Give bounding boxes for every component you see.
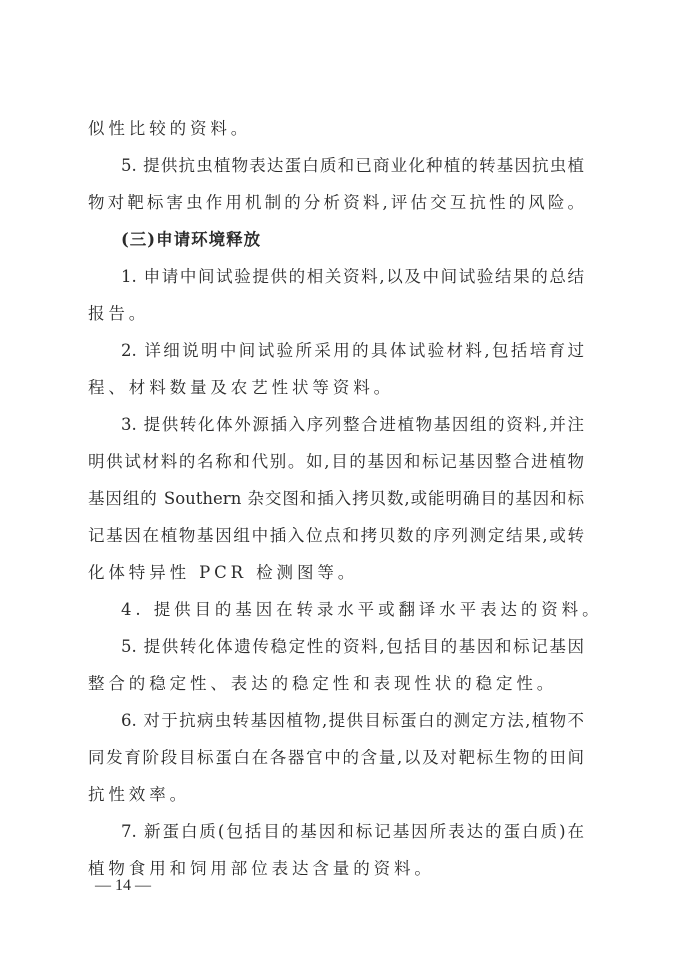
list-item-3-line-4: 记基因在植物基因组中插入位点和拷贝数的序列测定结果,或转 bbox=[88, 521, 584, 551]
list-item-1-line-1: 1. 申请中间试验提供的相关资料,以及中间试验结果的总结 bbox=[121, 262, 584, 292]
paragraph-line: 似性比较的资料。 bbox=[88, 114, 584, 144]
list-item-5b-line-1: 5. 提供转化体遗传稳定性的资料,包括目的基因和标记基因 bbox=[121, 632, 584, 662]
list-item-3-line-5: 化体特异性 PCR 检测图等。 bbox=[88, 558, 584, 588]
list-item-6-line-1: 6. 对于抗病虫转基因植物,提供目标蛋白的测定方法,植物不 bbox=[121, 706, 584, 736]
page-number: — 14 — bbox=[95, 874, 151, 898]
list-item-2-line-1: 2. 详细说明中间试验所采用的具体试验材料,包括培育过 bbox=[121, 336, 584, 366]
list-item-3-line-1: 3. 提供转化体外源插入序列整合进植物基因组的资料,并注 bbox=[121, 410, 584, 440]
list-item-7-line-1: 7. 新蛋白质(包括目的基因和标记基因所表达的蛋白质)在 bbox=[121, 817, 584, 847]
list-item-3-line-2: 明供试材料的名称和代别。如,目的基因和标记基因整合进植物 bbox=[88, 447, 584, 477]
section-heading: (三)申请环境释放 bbox=[121, 225, 584, 255]
list-item-4-line-1: 4. 提供目的基因在转录水平或翻译水平表达的资料。 bbox=[121, 595, 584, 625]
list-item-5-line-1: 5. 提供抗虫植物表达蛋白质和已商业化种植的转基因抗虫植 bbox=[121, 151, 584, 181]
list-item-2-line-2: 程、材料数量及农艺性状等资料。 bbox=[88, 373, 584, 403]
list-item-5b-line-2: 整合的稳定性、表达的稳定性和表现性状的稳定性。 bbox=[88, 669, 584, 699]
list-item-3-line-3: 基因组的 Southern 杂交图和插入拷贝数,或能明确目的基因和标 bbox=[88, 484, 584, 514]
list-item-6-line-3: 抗性效率。 bbox=[88, 780, 584, 810]
list-item-1-line-2: 报告。 bbox=[88, 299, 584, 329]
list-item-7-line-2: 植物食用和饲用部位表达含量的资料。 bbox=[88, 854, 584, 884]
list-item-6-line-2: 同发育阶段目标蛋白在各器官中的含量,以及对靶标生物的田间 bbox=[88, 743, 584, 773]
list-item-5-line-2: 物对靶标害虫作用机制的分析资料,评估交互抗性的风险。 bbox=[88, 188, 584, 218]
